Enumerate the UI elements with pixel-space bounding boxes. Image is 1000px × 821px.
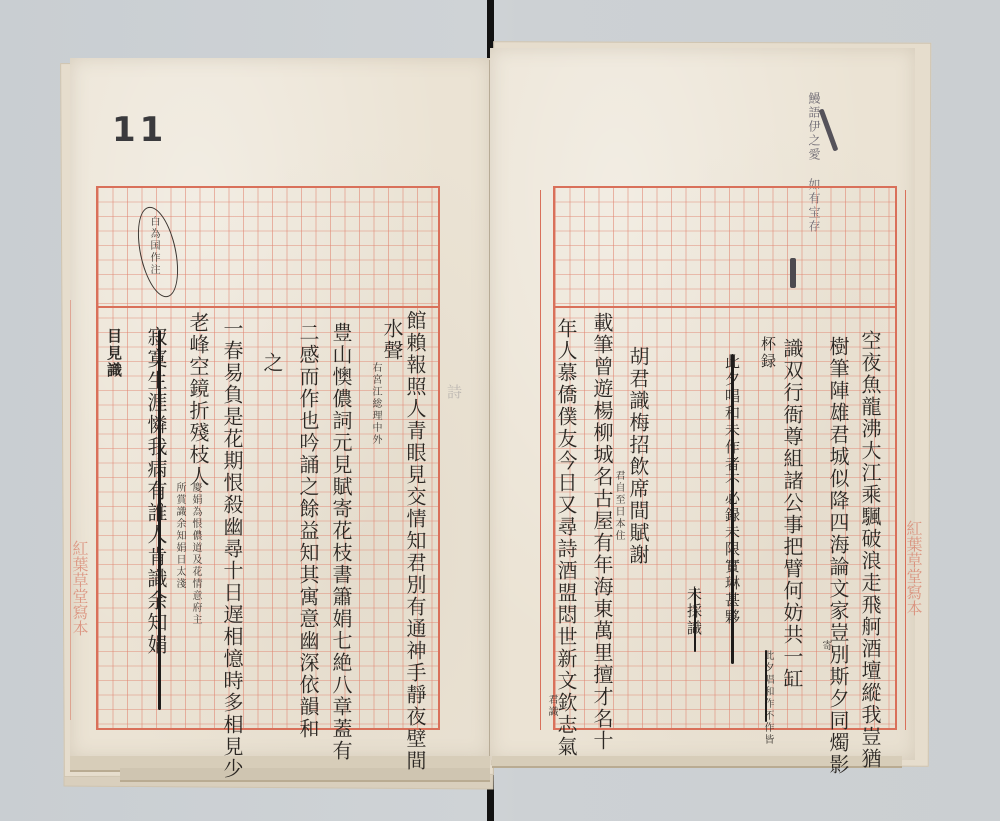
right-col-8: 載筆曾遊楊柳城名古屋有年海東萬里擅才名十 [592, 312, 612, 752]
right-col-4: 杯録 [760, 336, 775, 370]
right-deletion-stroke [731, 354, 734, 664]
right-seal-text: 紅葉草堂寫本 [902, 520, 925, 616]
left-col-8: 寂寞生涯憐我病有誰人肯識余知娟 [146, 326, 166, 656]
right-col-2-note: 寄 [820, 640, 830, 652]
left-col-3: 豊山懊儂詞元見賦寄花枝書簫娟七絶八章蓋有 [331, 322, 351, 762]
left-col-7-note-2: 所賞識余知娟日太淺 [174, 482, 184, 590]
left-col-1: 館賴報照人青眼見交情知君別有通神手靜夜壁間 [405, 310, 425, 772]
right-outer-rule-2 [905, 190, 906, 730]
left-col-2: 水聲 [382, 318, 402, 362]
right-note-stroke [765, 650, 767, 722]
left-col-4: 二感而作也吟誦之餘益知其寓意幽深依韻和 [298, 322, 318, 740]
right-header-ink-mark [790, 258, 796, 288]
right-outer-rule [540, 190, 541, 730]
left-page-curled-edge-2 [120, 768, 490, 782]
left-deletion-stroke [158, 330, 161, 710]
left-outer-rule [70, 300, 71, 720]
right-col-2: 樹筆陣雄君城似降四海論文家豈別斯夕同燭影 [828, 336, 848, 776]
left-col-7-note: 慶娟為恨儂道及花情意府主 [190, 482, 200, 626]
left-col-6: 一春易負是花期恨殺幽尋十日遅相憶時多相見少 [222, 318, 242, 780]
right-col-1: 空夜魚龍沸大江乘颿破浪走飛舸酒壇縱我豈猶 [860, 330, 880, 770]
left-col-9: 目見識 [106, 328, 121, 379]
oval-note: 白為国作注 [148, 216, 158, 276]
right-col-7: 胡君識梅招飲席間賦謝 [628, 346, 648, 566]
left-header-rule [98, 306, 438, 308]
left-col-5: 之 [262, 352, 282, 374]
right-col-7-note: 君自至日本住 [613, 470, 623, 542]
right-col-9: 年人慕僑僕友今日又尋詩酒盟悶世新文欽志氣 [556, 318, 576, 758]
gutter-note: 詩 [446, 384, 461, 401]
folio-number: 11 [112, 110, 167, 150]
right-header-rule [555, 306, 895, 308]
right-col-3-note: 此夕唱和作不作皆 [762, 650, 772, 746]
left-col-2-note: 右宮江総理中外 [370, 362, 380, 446]
left-col-7: 老峰空鏡折殘枝人 [188, 312, 208, 488]
right-deletion-stroke-2 [694, 588, 696, 652]
right-col-3: 識双行衙尊組諸公事把臂何妨共一缸 [782, 338, 802, 690]
left-seal-text: 紅葉草堂寫本 [68, 540, 91, 636]
right-col-9-note: 君識 [546, 694, 556, 718]
book-gutter [489, 60, 490, 760]
